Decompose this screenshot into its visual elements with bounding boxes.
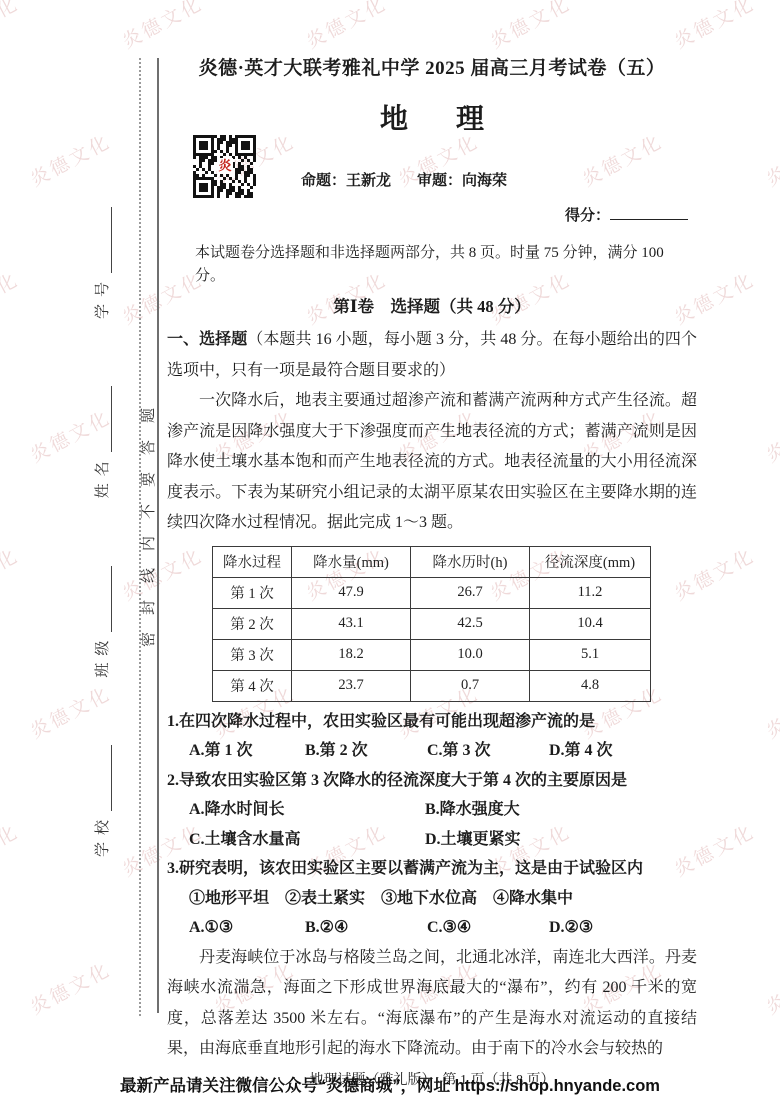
reviewer-label: 审题：向海荣 [417,172,507,189]
option-d: D.土壤更紧实 [425,825,697,855]
option-b: B.第 2 次 [305,736,427,766]
student-number-blank [107,207,112,273]
watermark-text: 炎德文化 [485,0,575,54]
table-cell: 第 3 次 [213,639,292,670]
name-label: 姓名 [91,454,112,498]
passage-denmark-strait: 丹麦海峡位于冰岛与格陵兰岛之间，北通北冰洋，南连北大西洋。丹麦海峡水流湍急，海面… [167,943,697,1065]
table-row: 第 1 次 47.9 26.7 11.2 [213,577,651,608]
question-2: 2.导致农田实验区第 3 次降水的径流深度大于第 4 次的主要原因是 A.降水时… [167,766,697,855]
school-blank [107,745,112,811]
option-a: A.①③ [189,913,305,943]
option-c: C.③④ [427,913,549,943]
option-a: A.降水时间长 [189,795,425,825]
watermark-text: 炎德文化 [301,0,391,54]
question-1: 1.在四次降水过程中，农田实验区最有可能出现超渗产流的是 A.第 1 次 B.第… [167,707,697,766]
watermark-text: 炎德文化 [0,541,23,606]
table-cell: 5.1 [530,639,651,670]
class-blank [107,566,112,632]
rainfall-table: 降水过程 降水量(mm) 降水历时(h) 径流深度(mm) 第 1 次 47.9… [212,546,651,702]
flame-logo-icon: 炎 [217,158,233,174]
table-header-row: 降水过程 降水量(mm) 降水历时(h) 径流深度(mm) [213,546,651,577]
section1-intro: 一、选择题（本题共 16 小题，每小题 3 分，共 48 分。在每小题给出的四个… [167,325,697,386]
table-cell: 4.8 [530,670,651,701]
table-cell: 10.0 [411,639,530,670]
option-b: B.降水强度大 [425,795,697,825]
watermark-text: 炎德文化 [0,265,23,330]
school-label: 学校 [91,813,112,857]
table-cell: 23.7 [292,670,411,701]
question-1-options: A.第 1 次 B.第 2 次 C.第 3 次 D.第 4 次 [167,736,697,766]
question-3: 3.研究表明，该农田实验区主要以蓄满产流为主，这是由于试验区内 ①地形平坦 ②表… [167,854,697,943]
question-3-options: A.①③ B.②④ C.③④ D.②③ [167,913,697,943]
watermark-text: 炎德文化 [0,0,23,54]
question-3-stem: 3.研究表明，该农田实验区主要以蓄满产流为主，这是由于试验区内 [167,854,697,884]
table-cell: 47.9 [292,577,411,608]
student-number-label: 学号 [91,275,112,319]
score-label: 得分： [565,208,610,224]
option-d: D.②③ [549,913,697,943]
score-blank [610,204,688,220]
watermark-text: 炎德文化 [25,127,115,192]
table-row: 第 2 次 43.1 42.5 10.4 [213,608,651,639]
table-header-cell: 径流深度(mm) [530,546,651,577]
question-number: 1. [167,713,179,730]
table-header-cell: 降水过程 [213,546,292,577]
class-label: 班级 [91,634,112,678]
table-cell: 第 2 次 [213,608,292,639]
table-cell: 第 1 次 [213,577,292,608]
table-header-cell: 降水历时(h) [411,546,530,577]
watermark-text: 炎德文化 [761,679,780,744]
watermark-text: 炎德文化 [761,127,780,192]
section1-note: （本题共 16 小题，每小题 3 分，共 48 分。在每小题给出的四个选项中，只… [167,331,697,379]
class-field: 班级 [91,566,112,678]
option-c: C.第 3 次 [427,736,549,766]
part1-heading: 第Ⅰ卷 选择题（共 48 分） [167,295,697,318]
exam-page: 炎德·英才大联考雅礼中学 2025 届高三月考试卷（五） 地 理 炎 命题：王新… [167,56,697,1092]
table-header-cell: 降水量(mm) [292,546,411,577]
table-cell: 0.7 [411,670,530,701]
question-stem-text: 在四次降水过程中，农田实验区最有可能出现超渗产流的是 [179,713,595,730]
name-blank [107,386,112,452]
option-b: B.②④ [305,913,427,943]
option-d: D.第 4 次 [549,736,697,766]
watermark-text: 炎德文化 [761,403,780,468]
table-cell: 11.2 [530,577,651,608]
setter-label: 命题：王新龙 [301,172,391,189]
option-c: C.土壤含水量高 [189,825,425,855]
question-1-stem: 1.在四次降水过程中，农田实验区最有可能出现超渗产流的是 [167,707,697,737]
question-number: 3. [167,860,179,877]
question-stem-text: 研究表明，该农田实验区主要以蓄满产流为主，这是由于试验区内 [179,860,643,877]
seal-student-fields: 学校 班级 姓名 学号 [88,207,112,857]
watermark-text: 炎德文化 [0,817,23,882]
watermark-text: 炎德文化 [761,955,780,1020]
table-cell: 第 4 次 [213,670,292,701]
passage-runoff: 一次降水后，地表主要通过超渗产流和蓄满产流两种方式产生径流。超渗产流是因降水强度… [167,386,697,539]
table-cell: 42.5 [411,608,530,639]
option-a: A.第 1 次 [189,736,305,766]
name-field: 姓名 [91,386,112,498]
question-2-options: A.降水时间长 B.降水强度大 C.土壤含水量高 D.土壤更紧实 [167,795,697,854]
question-stem-text: 导致农田实验区第 3 次降水的径流深度大于第 4 次的主要原因是 [179,772,627,789]
question-3-items: ①地形平坦 ②表土紧实 ③地下水位高 ④降水集中 [167,884,697,914]
watermark-text: 炎德文化 [669,0,759,54]
table-row: 第 4 次 23.7 0.7 4.8 [213,670,651,701]
table-cell: 43.1 [292,608,411,639]
student-number-field: 学号 [91,207,112,319]
watermark-text: 炎德文化 [25,955,115,1020]
section1-number: 一、选择题 [167,331,247,348]
school-field: 学校 [91,745,112,857]
table-cell: 10.4 [530,608,651,639]
question-2-stem: 2.导致农田实验区第 3 次降水的径流深度大于第 4 次的主要原因是 [167,766,697,796]
exam-title: 炎德·英才大联考雅礼中学 2025 届高三月考试卷（五） [167,56,697,82]
score-row: 得分： [565,204,697,228]
qr-code: 炎 [193,133,256,199]
exam-notice: 本试题卷分选择题和非选择题两部分，共 8 页。时量 75 分钟，满分 100 分… [167,242,697,288]
seal-warning-text: 密封线内不要答题 [137,375,159,663]
question-number: 2. [167,772,179,789]
watermark-text: 炎德文化 [117,0,207,54]
table-cell: 18.2 [292,639,411,670]
promo-footer: 最新产品请关注微信公众号“炎德商城”，网址 https://shop.hnyan… [0,1072,780,1096]
table-cell: 26.7 [411,577,530,608]
table-row: 第 3 次 18.2 10.0 5.1 [213,639,651,670]
